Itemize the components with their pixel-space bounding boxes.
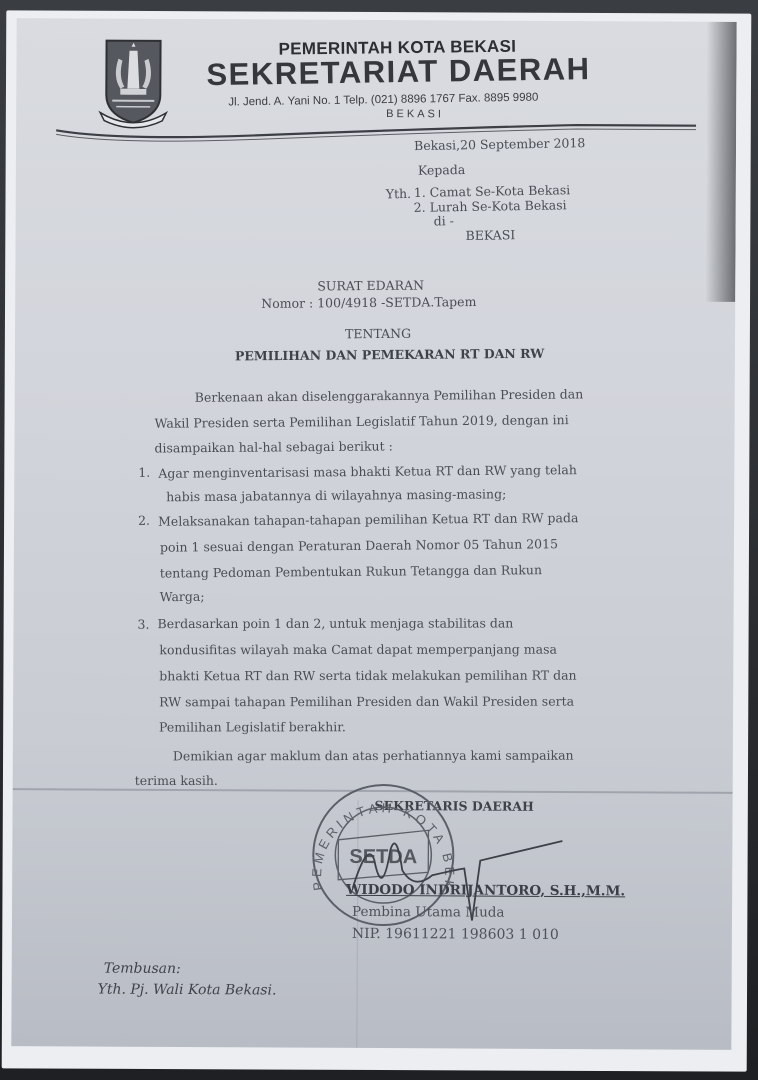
point-line: Melaksanakan tahapan-tahapan pemilihan K… xyxy=(158,510,578,529)
destination: BEKASI xyxy=(465,227,515,243)
subject: PEMILIHAN DAN PEMEKARAN RT DAN RW xyxy=(235,346,544,364)
point-line: RW sampai tahapan Pemilihan Presiden dan… xyxy=(159,694,574,710)
recipient-item: 2. Lurah Se-Kota Bekasi xyxy=(414,197,567,215)
letterhead-office: SEKRETARIAT DAERAH xyxy=(206,51,591,93)
intro-line: disampaikan hal-hal sebagai berikut : xyxy=(154,438,392,455)
signatory-nip: NIP. 19611221 198603 1 010 xyxy=(352,926,559,943)
closing-line: Demikian agar maklum dan atas perhatiann… xyxy=(173,748,574,764)
point-number: 2. xyxy=(138,513,150,528)
point-number: 1. xyxy=(138,465,150,480)
point-line: bhakti Ketua RT dan RW serta tidak melak… xyxy=(159,668,576,684)
point-line: tentang Pedoman Pembentukan Rukun Tetang… xyxy=(160,562,542,580)
point-line: poin 1 sesuai dengan Peraturan Daerah No… xyxy=(160,536,558,554)
point-line: Berdasarkan poin 1 dan 2, untuk menjaga … xyxy=(158,615,514,631)
bekasi-coat-of-arms-icon xyxy=(98,37,168,129)
point-line: Pemilihan Legislatif berakhir. xyxy=(159,719,346,734)
doc-number: Nomor : 100/4918 -SETDA.Tapem xyxy=(261,294,476,311)
cc-recipient: Yth. Pj. Wali Kota Bekasi. xyxy=(98,982,277,999)
signatory-name: WIDODO INDRIJANTORO, S.H.,M.M. xyxy=(346,882,625,899)
point-line: Warga; xyxy=(160,589,205,604)
closing-line: terima kasih. xyxy=(135,773,218,788)
point-line: kondusifitas wilayah maka Camat dapat me… xyxy=(159,642,557,658)
doc-type: SURAT EDARAN xyxy=(317,278,424,294)
intro-line: Wakil Presiden serta Pemilihan Legislati… xyxy=(155,412,569,431)
shadow xyxy=(705,22,736,302)
letterhead-divider xyxy=(56,116,696,149)
recipient-prefix: Yth. xyxy=(386,186,412,201)
to-label: Kepada xyxy=(418,162,466,178)
di-label: di - xyxy=(434,213,454,228)
cc-label: Tembusan: xyxy=(104,961,181,977)
letterhead-address: Jl. Jend. A. Yani No. 1 Telp. (021) 8896… xyxy=(228,92,538,109)
point-number: 3. xyxy=(138,617,150,632)
intro-line: Berkenaan akan diselenggarakannya Pemili… xyxy=(195,386,584,404)
signatory-rank: Pembina Utama Muda xyxy=(352,904,505,921)
point-line: Agar menginventarisasi masa bhakti Ketua… xyxy=(158,462,577,481)
place-date: Bekasi,20 September 2018 xyxy=(414,135,586,153)
letter-page: PEMERINTAH KOTA BEKASI SEKRETARIAT DAERA… xyxy=(11,18,736,1050)
about-label: TENTANG xyxy=(345,326,411,342)
point-line: habis masa jabatannya di wilayahnya masi… xyxy=(166,486,506,504)
